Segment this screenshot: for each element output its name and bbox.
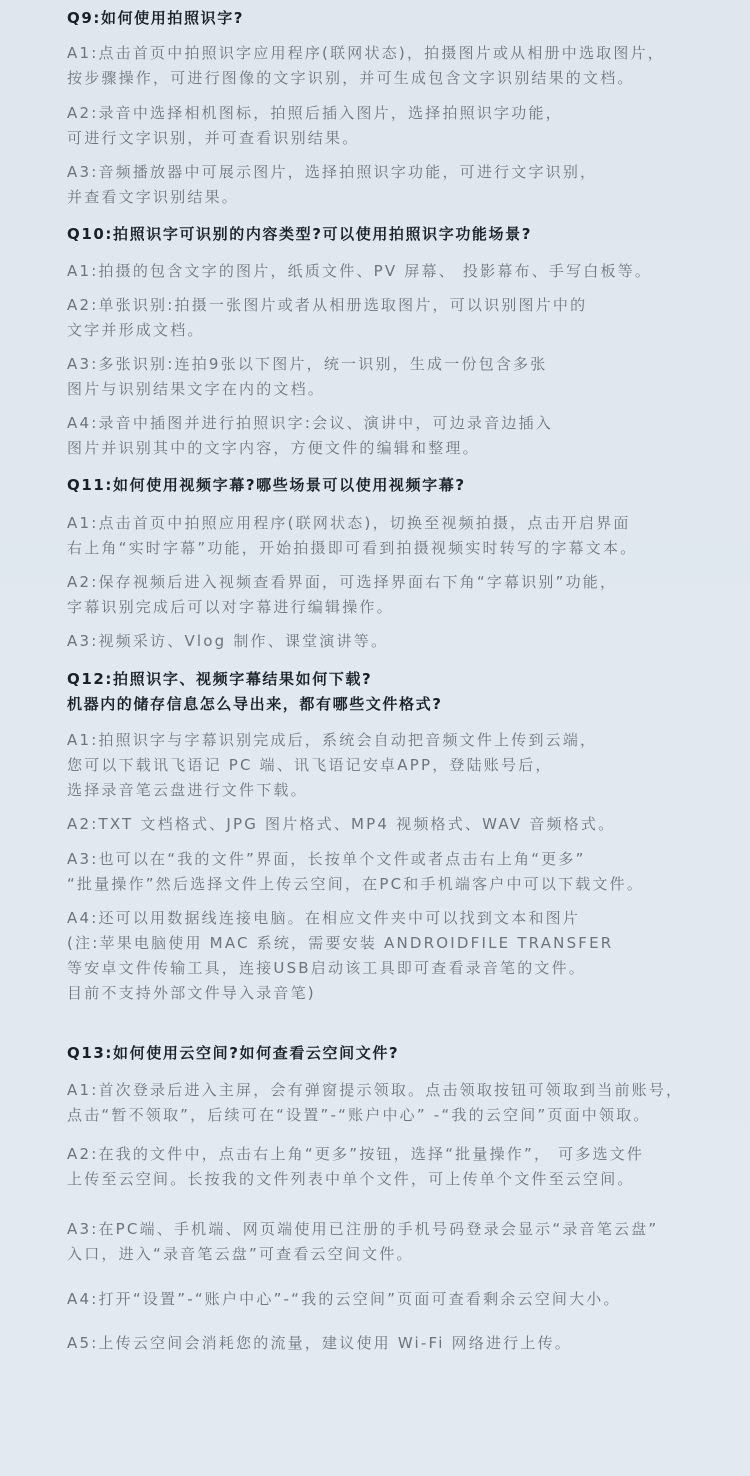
answer-line: 图片并识别其中的文字内容，方便文件的编辑和整理。 [67, 436, 553, 461]
answer-line: A4:还可以用数据线连接电脑。在相应文件夹中可以找到文本和图片 [67, 906, 613, 931]
answer-line: 右上角“实时字幕”功能，开始拍摄即可看到拍摄视频实时转写的字幕文本。 [67, 536, 637, 561]
answer-line: A2:TXT 文档格式、JPG 图片格式、MP4 视频格式、WAV 音频格式。 [67, 812, 615, 837]
answer-line: 图片与识别结果文字在内的文档。 [67, 377, 547, 402]
faq-answer-q11-a2: A2:保存视频后进入视频查看界面，可选择界面右下角“字幕识别”功能， 字幕识别完… [67, 570, 617, 620]
answer-line: A3:视频采访、Vlog 制作、课堂演讲等。 [67, 629, 388, 654]
answer-line: A2:在我的文件中，点击右上角“更多”按钮，选择“批量操作”， 可多选文件 [67, 1142, 644, 1167]
faq-question-q11: Q11:如何使用视频字幕?哪些场景可以使用视频字幕? [67, 473, 466, 498]
answer-line: (注:苹果电脑使用 MAC 系统，需要安装 ANDROIDFILE TRANSF… [67, 931, 613, 956]
faq-answer-q13-a2: A2:在我的文件中，点击右上角“更多”按钮，选择“批量操作”， 可多选文件 上传… [67, 1142, 644, 1192]
answer-line: A3:也可以在“我的文件”界面，长按单个文件或者点击右上角“更多” [67, 847, 644, 872]
answer-line: 入口，进入“录音笔云盘”可查看云空间文件。 [67, 1242, 658, 1267]
answer-line: A4:录音中插图并进行拍照识字:会议、演讲中，可边录音边插入 [67, 411, 553, 436]
question-line: Q12:拍照识字、视频字幕结果如何下载? [67, 667, 443, 692]
question-line: Q11:如何使用视频字幕?哪些场景可以使用视频字幕? [67, 473, 466, 498]
answer-line: A2:录音中选择相机图标，拍照后插入图片，选择拍照识字功能， [67, 101, 563, 126]
faq-answer-q10-a2: A2:单张识别:拍摄一张图片或者从相册选取图片，可以识别图片中的 文字并形成文档… [67, 293, 587, 343]
answer-line: A1:点击首页中拍照识字应用程序(联网状态)，拍摄图片或从相册中选取图片， [67, 41, 665, 66]
question-line: Q13:如何使用云空间?如何查看云空间文件? [67, 1041, 399, 1066]
faq-answer-q12-a2: A2:TXT 文档格式、JPG 图片格式、MP4 视频格式、WAV 音频格式。 [67, 812, 615, 837]
question-line: Q9:如何使用拍照识字? [67, 6, 244, 31]
answer-line: A1:点击首页中拍照应用程序(联网状态)，切换至视频拍摄，点击开启界面 [67, 511, 637, 536]
faq-answer-q10-a1: A1:拍摄的包含文字的图片，纸质文件、PV 屏幕、 投影幕布、手写白板等。 [67, 259, 652, 284]
faq-answer-q9-a3: A3:音频播放器中可展示图片，选择拍照识字功能，可进行文字识别， 并查看文字识别… [67, 160, 597, 210]
answer-line: 等安卓文件传输工具，连接USB启动该工具即可查看录音笔的文件。 [67, 956, 613, 981]
faq-answer-q12-a4: A4:还可以用数据线连接电脑。在相应文件夹中可以找到文本和图片 (注:苹果电脑使… [67, 906, 613, 1006]
faq-answer-q9-a1: A1:点击首页中拍照识字应用程序(联网状态)，拍摄图片或从相册中选取图片， 按步… [67, 41, 665, 91]
faq-answer-q12-a1: A1:拍照识字与字幕识别完成后，系统会自动把音频文件上传到云端， 您可以下载讯飞… [67, 728, 597, 803]
answer-line: 按步骤操作，可进行图像的文字识别，并可生成包含文字识别结果的文档。 [67, 66, 665, 91]
faq-question-q9: Q9:如何使用拍照识字? [67, 6, 244, 31]
answer-line: A1:拍照识字与字幕识别完成后，系统会自动把音频文件上传到云端， [67, 728, 597, 753]
answer-line: A3:在PC端、手机端、网页端使用已注册的手机号码登录会显示“录音笔云盘” [67, 1217, 658, 1242]
answer-line: A4:打开“设置”-“账户中心”-“我的云空间”页面可查看剩余云空间大小。 [67, 1287, 621, 1312]
faq-answer-q10-a4: A4:录音中插图并进行拍照识字:会议、演讲中，可边录音边插入 图片并识别其中的文… [67, 411, 553, 461]
faq-answer-q11-a3: A3:视频采访、Vlog 制作、课堂演讲等。 [67, 629, 388, 654]
answer-line: 目前不支持外部文件导入录音笔) [67, 981, 613, 1006]
answer-line: A1:首次登录后进入主屏，会有弹窗提示领取。点击领取按钮可领取到当前账号， [67, 1078, 683, 1103]
answer-line: 您可以下载讯飞语记 PC 端、讯飞语记安卓APP，登陆账号后， [67, 753, 597, 778]
answer-line: 选择录音笔云盘进行文件下载。 [67, 778, 597, 803]
answer-line: 字幕识别完成后可以对字幕进行编辑操作。 [67, 595, 617, 620]
answer-line: “批量操作”然后选择文件上传云空间，在PC和手机端客户中可以下载文件。 [67, 872, 644, 897]
faq-answer-q13-a5: A5:上传云空间会消耗您的流量，建议使用 Wi-Fi 网络进行上传。 [67, 1331, 572, 1356]
faq-answer-q9-a2: A2:录音中选择相机图标，拍照后插入图片，选择拍照识字功能， 可进行文字识别，并… [67, 101, 563, 151]
answer-line: 可进行文字识别，并可查看识别结果。 [67, 126, 563, 151]
faq-question-q12: Q12:拍照识字、视频字幕结果如何下载? 机器内的储存信息怎么导出来，都有哪些文… [67, 667, 443, 717]
faq-answer-q13-a3: A3:在PC端、手机端、网页端使用已注册的手机号码登录会显示“录音笔云盘” 入口… [67, 1217, 658, 1267]
answer-line: 并查看文字识别结果。 [67, 185, 597, 210]
answer-line: A2:保存视频后进入视频查看界面，可选择界面右下角“字幕识别”功能， [67, 570, 617, 595]
answer-line: 点击“暂不领取”，后续可在“设置”-“账户中心” -“我的云空间”页面中领取。 [67, 1103, 683, 1128]
question-line: Q10:拍照识字可识别的内容类型?可以使用拍照识字功能场景? [67, 222, 532, 247]
faq-answer-q11-a1: A1:点击首页中拍照应用程序(联网状态)，切换至视频拍摄，点击开启界面 右上角“… [67, 511, 637, 561]
answer-line: A5:上传云空间会消耗您的流量，建议使用 Wi-Fi 网络进行上传。 [67, 1331, 572, 1356]
faq-question-q10: Q10:拍照识字可识别的内容类型?可以使用拍照识字功能场景? [67, 222, 532, 247]
answer-line: A3:音频播放器中可展示图片，选择拍照识字功能，可进行文字识别， [67, 160, 597, 185]
faq-answer-q13-a4: A4:打开“设置”-“账户中心”-“我的云空间”页面可查看剩余云空间大小。 [67, 1287, 621, 1312]
faq-answer-q10-a3: A3:多张识别:连拍9张以下图片，统一识别，生成一份包含多张 图片与识别结果文字… [67, 352, 547, 402]
faq-answer-q12-a3: A3:也可以在“我的文件”界面，长按单个文件或者点击右上角“更多” “批量操作”… [67, 847, 644, 897]
answer-line: A1:拍摄的包含文字的图片，纸质文件、PV 屏幕、 投影幕布、手写白板等。 [67, 259, 652, 284]
faq-answer-q13-a1: A1:首次登录后进入主屏，会有弹窗提示领取。点击领取按钮可领取到当前账号， 点击… [67, 1078, 683, 1128]
answer-line: A3:多张识别:连拍9张以下图片，统一识别，生成一份包含多张 [67, 352, 547, 377]
faq-question-q13: Q13:如何使用云空间?如何查看云空间文件? [67, 1041, 399, 1066]
answer-line: 文字并形成文档。 [67, 318, 587, 343]
answer-line: 上传至云空间。长按我的文件列表中单个文件，可上传单个文件至云空间。 [67, 1167, 644, 1192]
question-line: 机器内的储存信息怎么导出来，都有哪些文件格式? [67, 692, 443, 717]
answer-line: A2:单张识别:拍摄一张图片或者从相册选取图片，可以识别图片中的 [67, 293, 587, 318]
